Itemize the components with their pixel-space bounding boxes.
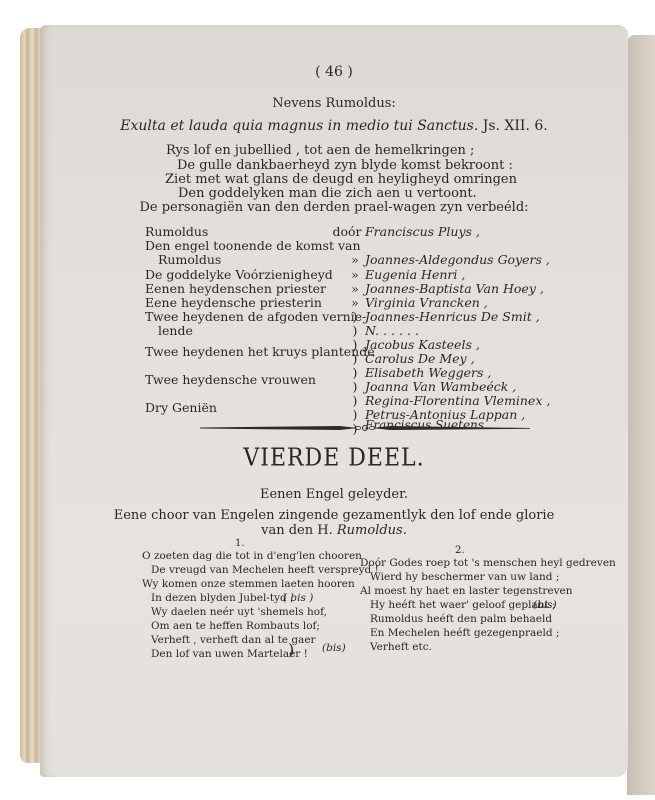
bis-marker: (bis): [322, 642, 346, 654]
cast-role: Twee heydensche vrouwen: [145, 372, 316, 387]
song-line: Den lof van uwen Martelaer !: [151, 648, 308, 660]
verse-line: Rys lof en jubellied , tot aen de hemelk…: [166, 143, 474, 158]
cast-actor: Joannes-Aldegondus Goyers ,: [365, 252, 550, 267]
cast-role: Dry Geniën: [145, 400, 217, 415]
stanza-number: 1.: [235, 538, 245, 549]
cast-role: Rumoldus: [158, 252, 221, 267]
song-line: Doór Godes roep tot 's menschen heyl ged…: [360, 557, 616, 569]
bis-marker: (bis): [533, 599, 557, 611]
latin-quote: Exulta et lauda quia magnus in medio tui…: [40, 118, 628, 134]
song-line: O zoeten dag die tot in d'eng'len choore…: [142, 550, 362, 562]
song-line: Wierd hy beschermer van uw land ;: [370, 571, 559, 583]
verse-line: De gulle dankbaerheyd zyn blyde komst be…: [177, 158, 513, 173]
song-line: Wy komen onze stemmen laeten hooren: [142, 578, 355, 590]
ornamental-rule: [200, 425, 530, 431]
song-line: Al moest hy haet en laster tegenstreven: [360, 585, 573, 597]
book-photo: ( 46 ) Nevens Rumoldus: Exulta et lauda …: [0, 0, 655, 800]
cast-actor: Eugenia Henri ,: [365, 267, 465, 282]
choir-name: Rumoldus.: [337, 523, 407, 538]
cast-actor: Carolus De Mey ,: [365, 351, 475, 366]
song-line: Wy daelen neér uyt 'shemels hof,: [151, 606, 327, 618]
brace: ): [288, 640, 294, 659]
verse-line: Den goddelyken man die zich aen u vertoo…: [178, 186, 477, 201]
song-line: En Mechelen heéft gezegenpraeld ;: [370, 627, 559, 639]
song-line: Om aen te heffen Rombauts lof;: [151, 620, 320, 632]
subtitle: Eenen Engel geleyder.: [40, 487, 628, 502]
stanza-number: 2.: [455, 545, 465, 556]
cast-actor: Joannes-Baptista Van Hoey ,: [365, 281, 544, 296]
cast-actor: Franciscus Pluys ,: [365, 224, 480, 239]
quote-reference: Js. XII. 6.: [483, 118, 548, 134]
bis-marker: ( bis ): [283, 592, 313, 604]
facing-page-edge: [627, 35, 655, 795]
cast-role: Eenen heydenschen priester: [145, 281, 326, 296]
cast-actor: Regina-Florentina Vleminex ,: [365, 393, 550, 408]
choir-line-2: van den H. Rumoldus.: [40, 523, 628, 538]
song-line: Rumoldus heéft den palm behaeld: [370, 613, 552, 625]
page-number: ( 46 ): [40, 64, 628, 80]
cast-actor: Joannes-Henricus De Smit ,: [365, 309, 540, 324]
verse-line: Ziet met wat glans de deugd en heylighey…: [165, 172, 517, 187]
choir-prefix: van den H.: [261, 523, 333, 538]
cast-actor: N. . . . . .: [365, 323, 419, 338]
cast-actor: Joanna Van Wambeéck ,: [365, 379, 516, 394]
song-line: Verheft etc.: [370, 641, 432, 653]
cast-role: Eene heydensche priesterin: [145, 295, 322, 310]
cast-role: De goddelyke Voórzienigheyd: [145, 267, 333, 282]
cast-actor: Jacobus Kasteels ,: [365, 337, 480, 352]
speaker-heading: Nevens Rumoldus:: [40, 96, 628, 111]
cast-role: Den engel toonende de komst van: [145, 238, 361, 253]
cast-actor: Virginia Vrancken ,: [365, 295, 488, 310]
quote-text: Exulta et lauda quia magnus in medio tui…: [120, 118, 478, 134]
section-title: VIERDE DEEL.: [40, 445, 628, 473]
cast-mark: doór: [332, 224, 362, 239]
cast-role: Twee heydenen de afgoden vernie-: [145, 309, 366, 324]
song-line: De vreugd van Mechelen heeft verspreyd !: [151, 564, 379, 576]
cast-role: Rumoldus: [145, 224, 208, 239]
song-line: Hy heéft het waer' geloof geplant ;: [370, 599, 556, 611]
cast-actor: Elisabeth Weggers ,: [365, 365, 491, 380]
cast-intro: De personagiën van den derden prael-wage…: [40, 200, 628, 215]
choir-line-1: Eene choor van Engelen zingende gezament…: [40, 508, 628, 523]
song-line: In dezen blyden Jubel-tyd ;: [151, 592, 294, 604]
cast-role: lende: [158, 323, 193, 338]
